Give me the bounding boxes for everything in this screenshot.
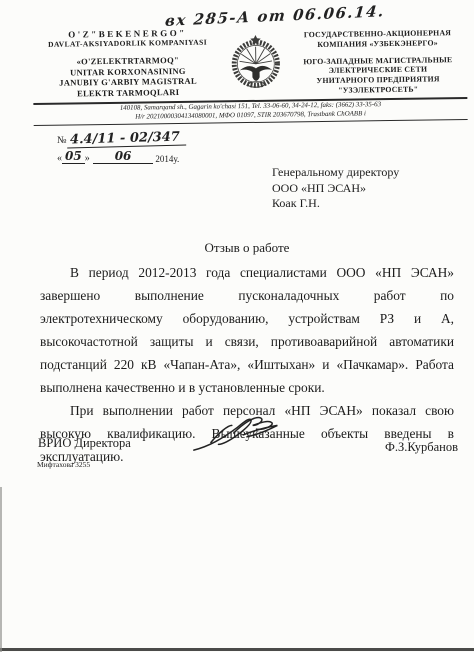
addressee-line: ООО «НП ЭСАН»: [272, 181, 399, 197]
letterhead-right-russian: ГОСУДАРСТВЕННО-АКЦИОНЕРНАЯ КОМПАНИЯ «УЗБ…: [288, 24, 467, 96]
reference-number-block: № 4.4/11 - 02/347 « 05 » 06 2014у.: [57, 131, 185, 164]
date-year: 2014у.: [155, 154, 179, 164]
branch-name-ru: ЮГО-ЗАПАДНЫЕ МАГИСТРАЛЬНЫЕ ЭЛЕКТРИЧЕСКИЕ…: [289, 55, 468, 97]
outgoing-number-line: № 4.4/11 - 02/347: [57, 131, 185, 147]
date-month: 06: [93, 149, 154, 164]
document-title: Отзыв о работе: [40, 240, 454, 256]
letterhead-left-uzbek: O'Z"BEKENERGO" DAVLAT-AKSIYADORLIK KOMPA…: [32, 27, 223, 99]
date-day: 05: [62, 149, 85, 164]
scan-artifact-bottom-edge: [0, 648, 474, 651]
handwritten-signature-icon: [190, 410, 285, 461]
company-type-uz: DAVLAT-AKSIYADORLIK KOMPANIYASI: [32, 37, 222, 49]
company-name-ru: ГОСУДАРСТВЕННО-АКЦИОНЕРНАЯ КОМПАНИЯ «УЗБ…: [288, 28, 466, 50]
number-sign: №: [57, 135, 67, 147]
outgoing-number-value: 4.4/11 - 02/347: [66, 129, 185, 148]
date-line: « 05 » 06 2014у.: [57, 149, 185, 164]
scanned-letter-page: вх 285-А от 06.06.14. O'Z"BEKENERGO" DAV…: [0, 0, 474, 652]
signer-position: ВРИО Директора: [38, 436, 131, 451]
addressee-line: Коак Г.Н.: [272, 196, 399, 212]
org-name-uz: «O'ZELEKTRTARMOQ" UNITAR KORXONASINING J…: [33, 54, 224, 99]
addressee-block: Генеральному директору ООО «НП ЭСАН» Коа…: [272, 165, 399, 212]
signer-name: Ф.З.Курбанов: [385, 440, 458, 455]
executor-note: Мифтахова 3255: [37, 460, 90, 469]
close-quote: »: [85, 153, 90, 164]
body-paragraph-1: В период 2012-2013 года специалистами ОО…: [40, 261, 454, 399]
addressee-line: Генеральному директору: [272, 165, 399, 181]
uzbekistan-state-emblem-icon: [228, 34, 283, 93]
letterhead: O'Z"BEKENERGO" DAVLAT-AKSIYADORLIK KOMPA…: [32, 24, 467, 126]
scan-artifact-left-edge: [0, 487, 2, 652]
letterhead-row: O'Z"BEKENERGO" DAVLAT-AKSIYADORLIK KOMPA…: [32, 24, 467, 100]
